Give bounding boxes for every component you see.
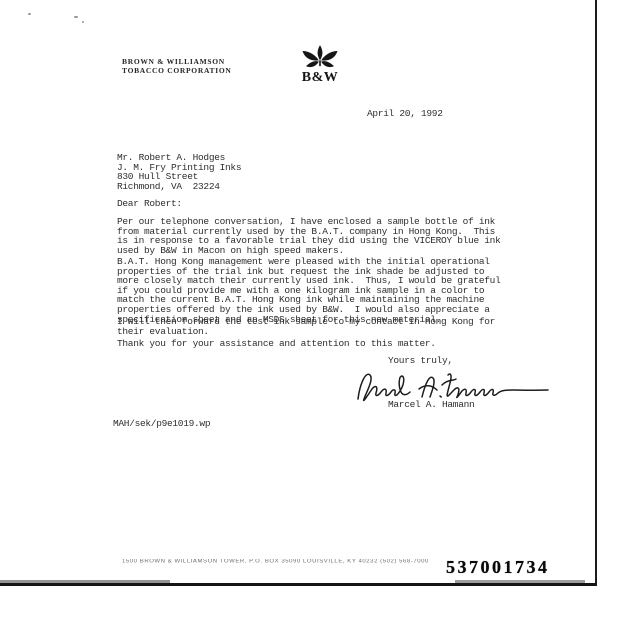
footer-address: 1500 BROWN & WILLIAMSON TOWER, P.O. BOX … xyxy=(122,559,429,564)
scan-edge-bottom xyxy=(0,583,597,586)
signer-name: Marcel A. Hamann xyxy=(388,400,474,410)
bw-logo-text: B&W xyxy=(293,70,347,86)
scan-edge-right xyxy=(595,0,597,585)
letterhead-company-name: BROWN & WILLIAMSON TOBACCO CORPORATION xyxy=(122,58,232,75)
body-paragraph-4: Thank you for your assistance and attent… xyxy=(117,339,436,349)
bates-stamp-number: 537001734 xyxy=(446,557,550,578)
letter-date: April 20, 1992 xyxy=(367,109,443,119)
scan-noise-speck xyxy=(82,21,84,23)
bw-tobacco-leaf-icon xyxy=(293,44,347,72)
scan-noise-speck xyxy=(74,16,78,18)
reference-line: MAH/sek/p9e1019.wp xyxy=(113,419,210,429)
scan-noise-speck xyxy=(28,13,31,15)
recipient-address: Mr. Robert A. Hodges J. M. Fry Printing … xyxy=(117,153,241,191)
scanned-letter-page: BROWN & WILLIAMSON TOBACCO CORPORATION B… xyxy=(0,0,640,640)
salutation: Dear Robert: xyxy=(117,199,182,209)
body-paragraph-3: I will then forward the test ink sample … xyxy=(117,317,495,336)
body-paragraph-1: Per our telephone conversation, I have e… xyxy=(117,217,500,255)
body-paragraph-2: B.A.T. Hong Kong management were pleased… xyxy=(117,257,500,324)
company-logo: B&W xyxy=(293,44,347,86)
